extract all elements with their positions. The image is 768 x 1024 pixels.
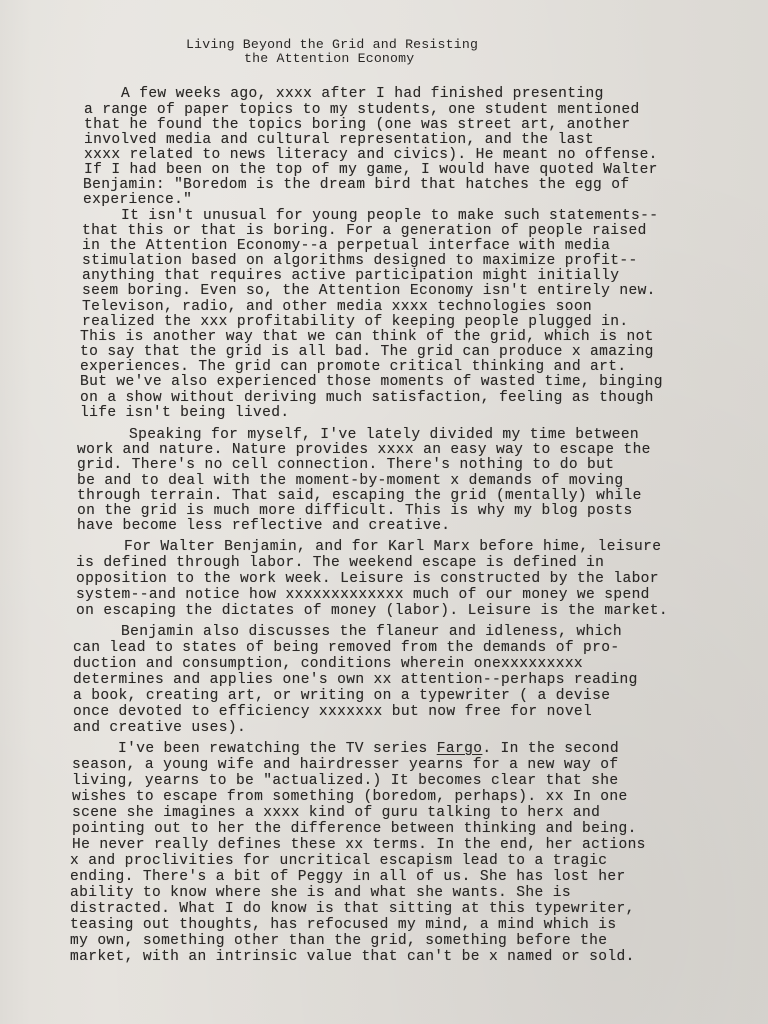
text-line-fargo: I've been rewatching the TV series Fargo… [118,741,619,757]
text-line: ending. There's a bit of Peggy in all of… [70,869,626,885]
text-line: If I had been on the top of my game, I w… [84,162,658,178]
text-line: experiences. The grid can promote critic… [80,359,626,375]
text-line: work and nature. Nature provides xxxx an… [77,442,651,458]
text-line: opposition to the work week. Leisure is … [76,571,659,587]
text-line: grid. There's no cell connection. There'… [77,457,614,473]
text-line: x and proclivities for uncritical escapi… [70,853,607,869]
text-line: through terrain. That said, escaping the… [77,488,642,504]
text-line: that he found the topics boring (one was… [84,117,630,133]
typewritten-page: Living Beyond the Grid and Resisting the… [0,0,768,1024]
text-line: anything that requires active participat… [82,268,619,284]
text-line: A few weeks ago, xxxx after I had finish… [121,86,604,102]
text-line: can lead to states of being removed from… [73,640,619,656]
text-line: It isn't unusual for young people to mak… [121,208,658,224]
text-line: to say that the grid is all bad. The gri… [80,344,654,360]
text-line: Speaking for myself, I've lately divided… [129,427,639,443]
text-line: season, a young wife and hairdresser yea… [72,757,618,773]
text-line: living, yearns to be "actualized.) It be… [72,773,618,789]
text-line: Benjamin: "Boredom is the dream bird tha… [83,177,629,193]
text-line: and creative uses). [73,720,246,736]
text-line: on a show without deriving much satisfac… [80,390,654,406]
text-line: in the Attention Economy--a perpetual in… [82,238,610,254]
text-line: Benjamin also discusses the flaneur and … [121,624,622,640]
title-line-2: the Attention Economy [244,52,544,66]
text-line: experience." [83,192,192,208]
text-line: is defined through labor. The weekend es… [76,555,604,571]
text-line: Televison, radio, and other media xxxx t… [82,299,592,315]
text-line: stimulation based on algorithms designed… [82,253,638,269]
text-line: xxxx related to news literacy and civics… [84,147,658,163]
text-line: on escaping the dictates of money (labor… [76,603,668,619]
text-segment: I've been rewatching the TV series [118,741,437,757]
text-line: For Walter Benjamin, and for Karl Marx b… [124,539,661,555]
text-line: seem boring. Even so, the Attention Econ… [82,283,656,299]
text-line: This is another way that we can think of… [80,329,654,345]
text-line: market, with an intrinsic value that can… [70,949,635,965]
underlined-title-fargo: Fargo [437,741,483,757]
text-line: wishes to escape from something (boredom… [72,789,628,805]
text-line: on the grid is much more difficult. This… [77,503,633,519]
text-line: life isn't being lived. [80,405,289,421]
text-line: my own, something other than the grid, s… [70,933,607,949]
text-line: system--and notice how xxxxxxxxxxxxx muc… [76,587,650,603]
text-line: duction and consumption, conditions wher… [73,656,583,672]
text-line: teasing out thoughts, has refocused my m… [70,917,616,933]
text-line: determines and applies one's own xx atte… [73,672,638,688]
text-line: realized the xxx profitability of keepin… [82,314,628,330]
title-line-1: Living Beyond the Grid and Resisting [186,38,586,52]
text-line: a range of paper topics to my students, … [84,102,640,118]
text-line: have become less reflective and creative… [77,518,450,534]
text-line: But we've also experienced those moments… [80,374,663,390]
text-line: pointing out to her the difference betwe… [72,821,637,837]
text-line: that this or that is boring. For a gener… [82,223,647,239]
text-line: ability to know where she is and what sh… [70,885,571,901]
text-line: be and to deal with the moment-by-moment… [77,473,623,489]
text-segment: . In the second [482,741,619,757]
text-line: involved media and cultural representati… [84,132,594,148]
text-line: a book, creating art, or writing on a ty… [73,688,610,704]
text-line: He never really defines these xx terms. … [72,837,646,853]
text-line: scene she imagines a xxxx kind of guru t… [72,805,600,821]
text-line: distracted. What I do know is that sitti… [70,901,635,917]
text-line: once devoted to efficiency xxxxxxx but n… [73,704,592,720]
